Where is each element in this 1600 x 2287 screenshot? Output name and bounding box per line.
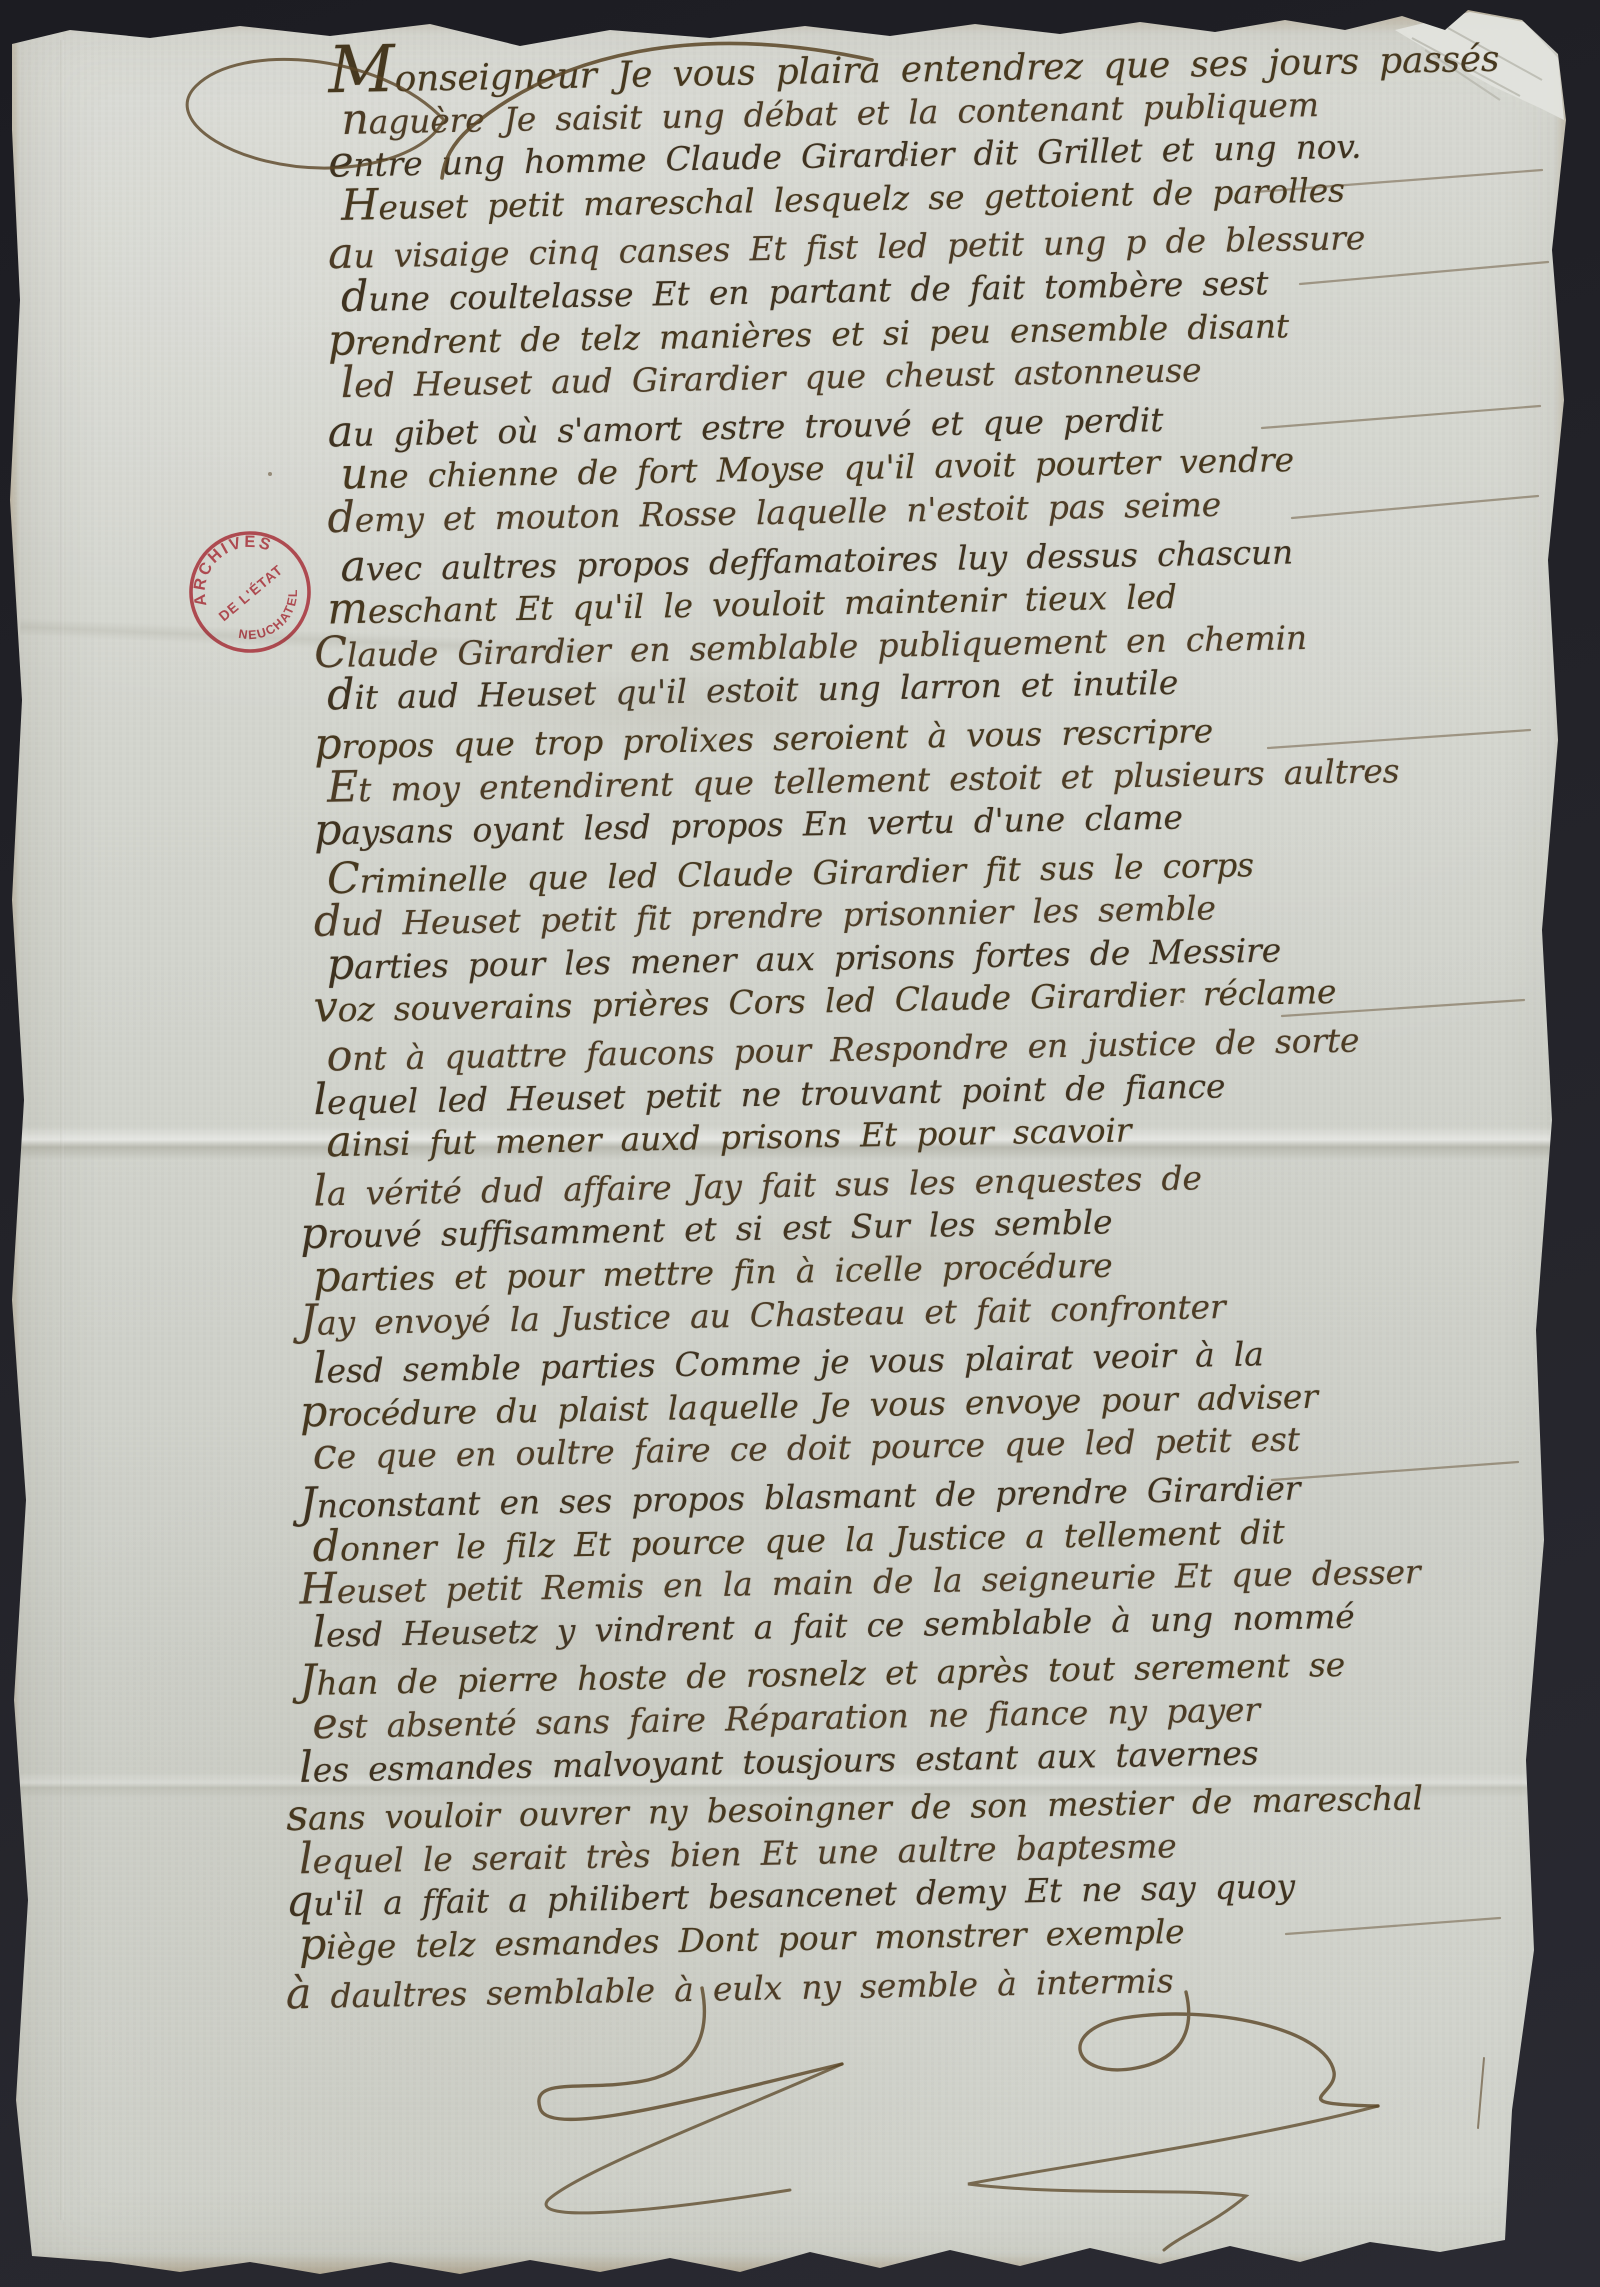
manuscript-text: Monseigneur Je vous plaira entendrez que…	[0, 28, 1600, 2019]
manuscript-page: ARCHIVES NEUCHATEL DE L'ÉTAT Monseigneur…	[0, 0, 1600, 2287]
photograph-background: ARCHIVES NEUCHATEL DE L'ÉTAT Monseigneur…	[0, 0, 1600, 2287]
torn-edge-top	[0, 0, 1600, 34]
torn-edge-bottom	[0, 2253, 1600, 2275]
paraph-right-tail	[968, 2106, 1378, 2250]
paraph-left-tail	[546, 2064, 842, 2213]
paraph-right	[1080, 1992, 1378, 2106]
pen-hairline	[1478, 2058, 1484, 2128]
